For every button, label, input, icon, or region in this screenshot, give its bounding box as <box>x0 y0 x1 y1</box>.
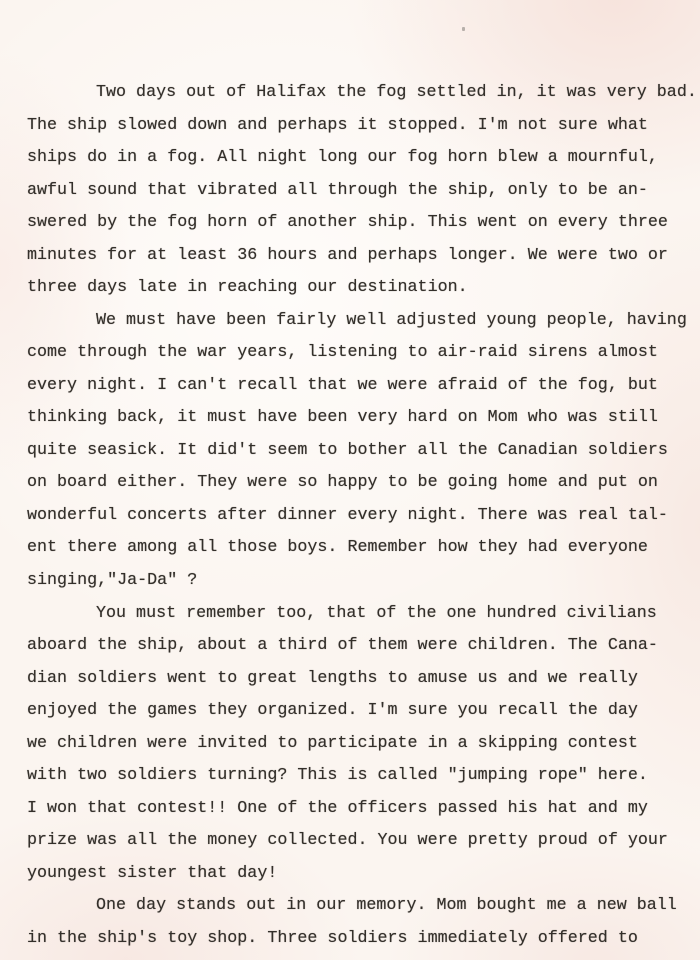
text-line: Two days out of Halifax the fog settled … <box>27 77 700 110</box>
text-line: singing,"Ja-Da" ? <box>27 565 700 598</box>
text-line: youngest sister that day! <box>27 858 700 891</box>
text-line: minutes for at least 36 hours and perhap… <box>27 240 700 273</box>
text-line: quite seasick. It did't seem to bother a… <box>27 435 700 468</box>
text-line: awful sound that vibrated all through th… <box>27 175 700 208</box>
text-line: we children were invited to participate … <box>27 728 700 761</box>
letter-body: Two days out of Halifax the fog settled … <box>0 77 700 955</box>
text-line: prize was all the money collected. You w… <box>27 825 700 858</box>
text-line: swered by the fog horn of another ship. … <box>27 207 700 240</box>
text-line: with two soldiers turning? This is calle… <box>27 760 700 793</box>
text-line: One day stands out in our memory. Mom bo… <box>27 890 700 923</box>
text-line: wonderful concerts after dinner every ni… <box>27 500 700 533</box>
text-line: come through the war years, listening to… <box>27 337 700 370</box>
text-line: three days late in reaching our destinat… <box>27 272 700 305</box>
ink-speck <box>462 27 465 31</box>
text-line: aboard the ship, about a third of them w… <box>27 630 700 663</box>
text-line: every night. I can't recall that we were… <box>27 370 700 403</box>
text-line: You must remember too, that of the one h… <box>27 598 700 631</box>
text-line: We must have been fairly well adjusted y… <box>27 305 700 338</box>
text-line: The ship slowed down and perhaps it stop… <box>27 110 700 143</box>
text-line: enjoyed the games they organized. I'm su… <box>27 695 700 728</box>
text-line: on board either. They were so happy to b… <box>27 467 700 500</box>
text-line: in the ship's toy shop. Three soldiers i… <box>27 923 700 956</box>
text-line: I won that contest!! One of the officers… <box>27 793 700 826</box>
scanned-letter-page: Two days out of Halifax the fog settled … <box>0 0 700 960</box>
text-line: ent there among all those boys. Remember… <box>27 532 700 565</box>
text-line: ships do in a fog. All night long our fo… <box>27 142 700 175</box>
text-line: dian soldiers went to great lengths to a… <box>27 663 700 696</box>
text-line: thinking back, it must have been very ha… <box>27 402 700 435</box>
